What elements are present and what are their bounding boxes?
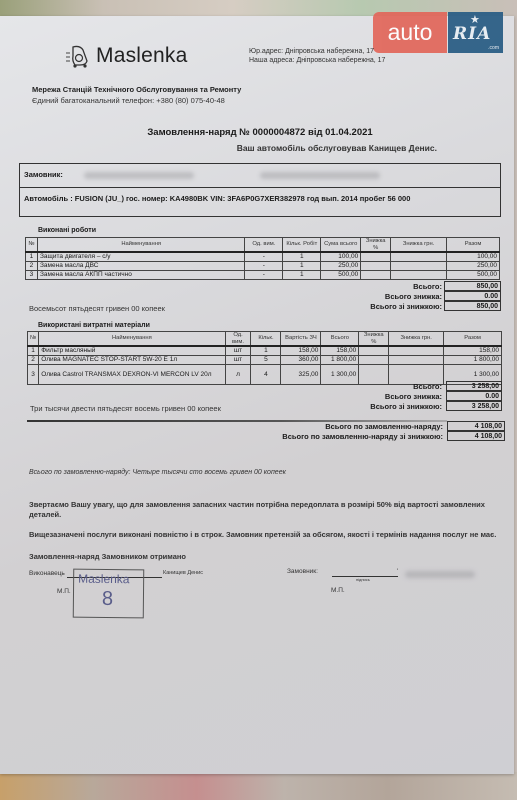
cell-sum: 500,00 (321, 270, 361, 279)
column-header: Всього (321, 332, 359, 347)
cell-sum: 100,00 (321, 252, 361, 261)
company-stamp: Maslenka 8 (73, 569, 145, 619)
table-row: 2Замена масла ДВС-1250,00250,00 (26, 261, 500, 270)
signature-hint: підпись (356, 577, 370, 582)
table-row: 3Олива Castrol TRANSMAX DEXRON-VI MERCON… (28, 364, 502, 384)
brand-name: Maslenka (96, 44, 187, 68)
cell-price: 158,00 (281, 346, 321, 355)
cell-disc_uah (391, 270, 447, 279)
redacted-client-contact (260, 172, 380, 179)
customer-label: Замовник: (287, 568, 318, 575)
cell-unit: - (245, 261, 283, 270)
table-row: 1Защита двигателя – с/у-1100,00100,00 (26, 252, 500, 261)
column-header: Од. вим. (225, 332, 251, 347)
completed-note: Вищезазначені послуги виконані повністю … (29, 530, 511, 540)
cell-sum: 250,00 (321, 261, 361, 270)
grand-with-discount: 4 108,00 (447, 431, 505, 441)
cell-sum: 1 300,00 (321, 364, 359, 384)
column-header: Знижка % (359, 332, 389, 347)
our-address: Наша адреса: Дніпровська набережна, 17 (249, 57, 385, 64)
background-surface (0, 772, 517, 800)
seal-label-right: М.П. (331, 587, 345, 594)
watermark-ria-text: RIA (453, 24, 491, 44)
column-header: Од. вим. (245, 238, 283, 253)
cell-name: Замена масла АКПП частично (37, 270, 244, 279)
column-header: Вартість ЗЧ (281, 332, 321, 347)
column-header: Знижка грн. (389, 332, 444, 347)
cell-sum: 158,00 (321, 346, 359, 355)
cell-price: 360,00 (281, 355, 321, 364)
materials-table: №НайменуванняОд. вим.Кільк.Вартість ЗЧВс… (27, 331, 502, 385)
cell-unit: - (245, 270, 283, 279)
works-total: 850,00 (444, 281, 501, 291)
table-row: 3Замена масла АКПП частично-1500,00500,0… (26, 270, 500, 279)
cell-qty: 1 (283, 270, 321, 279)
works-with-discount-label: Всього зі знижкою: (370, 302, 442, 311)
materials-with-discount: 3 258,00 (446, 401, 502, 411)
cell-disc_pct (359, 364, 389, 384)
column-header: Найменування (39, 332, 225, 347)
works-total-label: Всього: (413, 282, 442, 291)
cell-n: 2 (28, 355, 39, 364)
materials-total-label: Всього: (413, 382, 442, 391)
table-row: 1Фильтр масляныйшт1158,00158,00158,00 (28, 346, 502, 355)
column-header: Разом (447, 238, 500, 253)
cell-unit: шт (225, 355, 251, 364)
column-header: № (26, 238, 38, 253)
cell-disc_uah (389, 364, 444, 384)
column-header: Знижка % (361, 238, 391, 253)
cell-qty: 1 (251, 346, 281, 355)
cell-unit: шт (225, 346, 251, 355)
table-row: 2Олива MAGNATEC STOP-START 5W-20 E 1лшт5… (28, 355, 502, 364)
stamp-number: 8 (102, 588, 113, 611)
vehicle-info: Автомобіль : FUSION (JU_) гос. номер: KA… (24, 194, 410, 203)
cell-qty: 1 (283, 261, 321, 270)
cell-disc_pct (359, 355, 389, 364)
cell-unit: - (245, 252, 283, 261)
prepayment-note: Звертаємо Вашу увагу, що для замовлення … (29, 500, 511, 520)
materials-title: Використані витратні матеріали (38, 322, 150, 329)
cell-sum: 1 800,00 (321, 355, 359, 364)
grand-with-discount-label: Всього по замовленню-наряду зі знижкою: (282, 432, 443, 441)
cell-total: 1 800,00 (444, 355, 502, 364)
cell-disc_uah (389, 355, 444, 364)
works-discount: 0.00 (444, 291, 501, 301)
column-header: Кільк. (251, 332, 281, 347)
cell-qty: 1 (283, 252, 321, 261)
works-with-discount: 850,00 (444, 301, 501, 311)
client-label: Замовник: (24, 170, 63, 179)
cell-n: 3 (28, 364, 39, 384)
cell-total: 500,00 (447, 270, 500, 279)
cell-disc_pct (361, 270, 391, 279)
works-discount-label: Всього знижка: (385, 292, 442, 301)
redacted-customer-name (405, 571, 475, 578)
client-row: Замовник: (20, 164, 500, 188)
cell-disc_uah (389, 346, 444, 355)
materials-discount: 0.00 (446, 391, 502, 401)
materials-with-discount-label: Всього зі знижкою: (370, 402, 442, 411)
cell-n: 2 (26, 261, 38, 270)
executor-label: Виконавець (29, 570, 65, 577)
client-box: Замовник: Автомобіль : FUSION (JU_) гос.… (19, 163, 501, 217)
customer-signature-mark: ' (397, 568, 398, 575)
materials-header-row: №НайменуванняОд. вим.Кільк.Вартість ЗЧВс… (28, 332, 502, 347)
works-total-in-words: Восемьсот пятьдесят гривен 00 копеек (29, 304, 165, 313)
document-title: Замовлення-наряд № 0000004872 від 01.04.… (0, 127, 514, 138)
cell-unit: л (225, 364, 251, 384)
materials-discount-label: Всього знижка: (385, 392, 442, 401)
column-header: Найменування (37, 238, 244, 253)
cell-name: Фильтр масляный (39, 346, 225, 355)
cell-disc_pct (361, 252, 391, 261)
materials-total-in-words: Три тысячи двести пятьдесят восемь гриве… (30, 404, 221, 413)
cell-disc_uah (391, 252, 447, 261)
received-note: Замовлення-наряд Замовником отримано (29, 552, 511, 562)
oil-can-logo-icon (66, 44, 92, 68)
cell-n: 3 (26, 270, 38, 279)
network-name: Мережа Станцій Технічного Обслуговування… (32, 85, 241, 94)
column-header: № (28, 332, 39, 347)
column-header: Разом (444, 332, 502, 347)
redacted-client-name (84, 172, 194, 179)
cell-disc_pct (361, 261, 391, 270)
legal-address: Юр.адрес: Дніпровська набережна, 17 (249, 48, 374, 55)
column-header: Знижка грн. (391, 238, 447, 253)
watermark-auto-text: auto (388, 19, 433, 45)
grand-total: 4 108,00 (447, 421, 505, 431)
seal-label-left: М.П. (57, 588, 71, 595)
watermark-suffix: .com (488, 45, 499, 51)
materials-total: 3 258,00 (446, 381, 502, 391)
cell-qty: 4 (251, 364, 281, 384)
cell-disc_uah (391, 261, 447, 270)
watermark-auto: auto (373, 12, 447, 53)
stamp-name: Maslenka (78, 572, 130, 587)
works-table: №НайменуванняОд. вим.Кільк. РобітСума вс… (25, 237, 500, 280)
cell-price: 325,00 (281, 364, 321, 384)
column-header: Кільк. Робіт (283, 238, 321, 253)
works-header-row: №НайменуванняОд. вим.Кільк. РобітСума вс… (26, 238, 500, 253)
cell-disc_pct (359, 346, 389, 355)
watermark-ria: ★ RIA .com (448, 12, 503, 53)
grand-total-label: Всього по замовленню-наряду: (325, 422, 443, 431)
executor-name: Канищев Денис (163, 570, 203, 576)
works-title: Виконані роботи (38, 227, 96, 234)
grand-total-in-words: Всього по замовленню-наряду: Четыре тыся… (29, 469, 286, 476)
cell-n: 1 (26, 252, 38, 261)
cell-name: Защита двигателя – с/у (37, 252, 244, 261)
serviced-by: Ваш автомобіль обслуговував Канищев Дени… (237, 143, 437, 153)
cell-total: 158,00 (444, 346, 502, 355)
cell-total: 250,00 (447, 261, 500, 270)
column-header: Сума всього (321, 238, 361, 253)
cell-n: 1 (28, 346, 39, 355)
cell-name: Олива MAGNATEC STOP-START 5W-20 E 1л (39, 355, 225, 364)
cell-total: 100,00 (447, 252, 500, 261)
cell-qty: 5 (251, 355, 281, 364)
phone: Єдиний багатоканальний телефон: +380 (80… (32, 96, 225, 105)
cell-name: Замена масла ДВС (37, 261, 244, 270)
cell-name: Олива Castrol TRANSMAX DEXRON-VI MERCON … (39, 364, 225, 384)
